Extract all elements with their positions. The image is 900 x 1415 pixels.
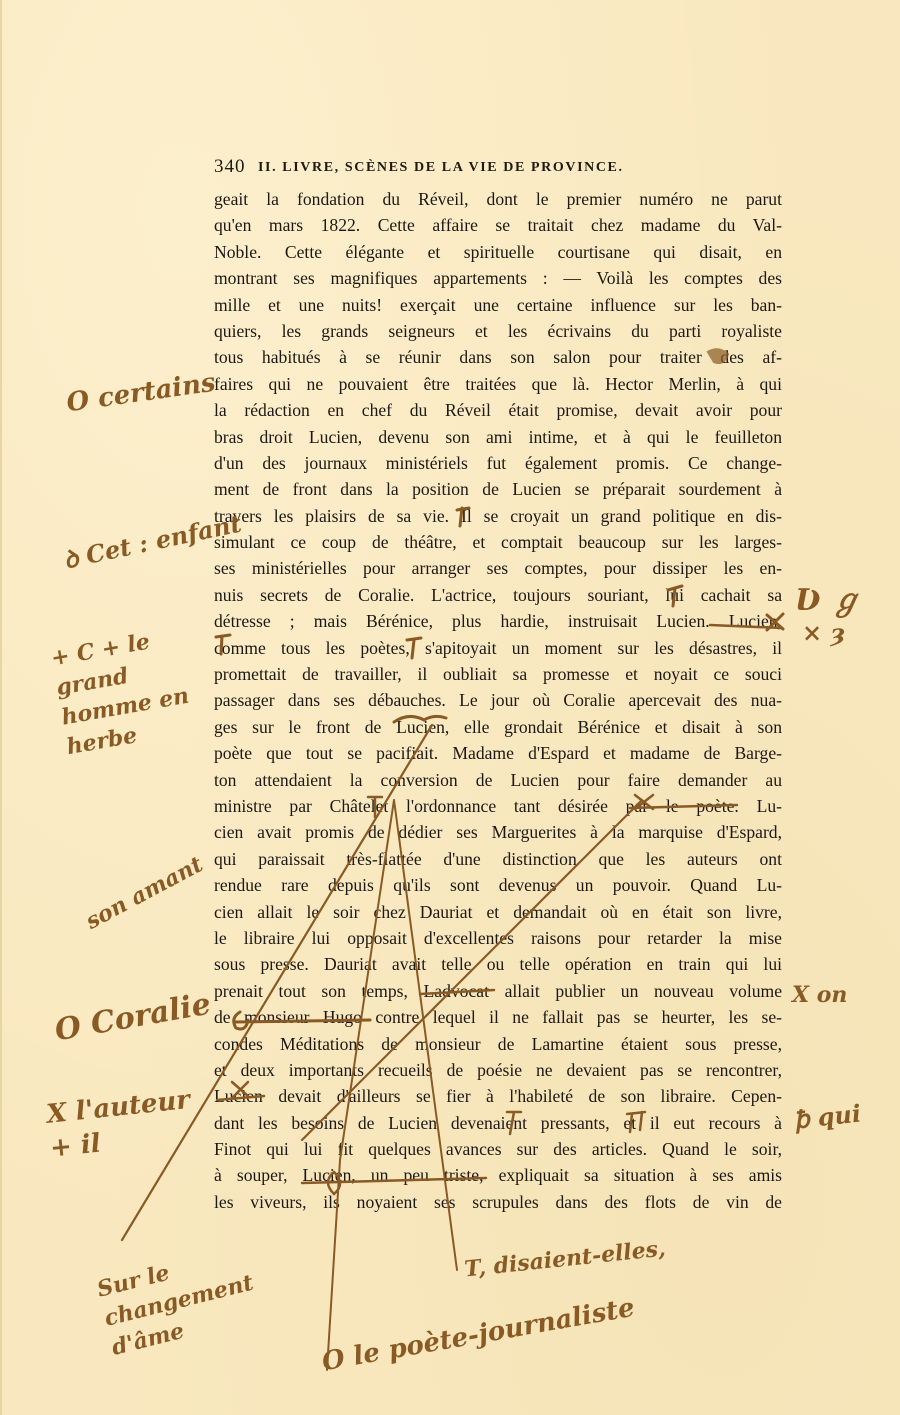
text-line: dant les besoins de Lucien devenaient pr… [214, 1110, 782, 1136]
text-line: de monsieur Hugo contre lequel il ne fal… [214, 1004, 782, 1030]
text-line: promettait de travailler, il oubliait sa… [214, 661, 782, 687]
page-header: 340 II. LIVRE, SCÈNES DE LA VIE DE PROVI… [214, 154, 782, 180]
margin-note-tt-qui: ꝥ qui [793, 1099, 863, 1135]
text-line: nuis secrets de Coralie. L'actrice, touj… [214, 582, 782, 608]
text-line: rendue rare depuis qu'ils sont devenus u… [214, 872, 782, 898]
margin-note-l-auteur: X l'auteur + il [45, 1082, 201, 1165]
text-line: ministre par Châtelet l'ordonnance tant … [214, 793, 782, 819]
text-line: détresse ; mais Bérénice, plus hardie, i… [214, 608, 782, 634]
text-line: ton attendaient la conversion de Lucien … [214, 767, 782, 793]
text-line: quiers, les grands seigneurs et les écri… [214, 318, 782, 344]
text-line: mille et une nuits! exerçait une certain… [214, 292, 782, 318]
margin-note-disaient-elles: T, disaient-elles, [463, 1236, 667, 1283]
text-line: Noble. Cette élégante et spirituelle cou… [214, 239, 782, 265]
margin-note-ug: Ʋ ℊ [794, 575, 861, 619]
text-line: poète que tout se pacifiait. Madame d'Es… [214, 740, 782, 766]
body-text: geait la fondation du Réveil, dont le pr… [214, 186, 782, 1215]
text-line: faires qui ne pouvaient être traitées qu… [214, 371, 782, 397]
text-line: comme tous les poètes, s'apitoyait un mo… [214, 635, 782, 661]
running-head: II. LIVRE, SCÈNES DE LA VIE DE PROVINCE. [258, 160, 624, 176]
margin-note-sur-le-changement: Sur le changement d'âme [94, 1227, 310, 1363]
text-line: et deux importants recueils de poésie ne… [214, 1057, 782, 1083]
proof-page: 340 II. LIVRE, SCÈNES DE LA VIE DE PROVI… [0, 0, 900, 1415]
margin-note-x-y: × ȝ [802, 618, 845, 647]
text-line: cien avait promis de dédier ses Margueri… [214, 819, 782, 845]
text-line: qui paraissait très-flattée d'une distin… [214, 846, 782, 872]
margin-note-son-amant: son amant [81, 851, 207, 934]
margin-note-coralie: O Coralie [52, 987, 213, 1049]
text-line: sous presse. Dauriat avait telle ou tell… [214, 951, 782, 977]
text-line: tous habitués à se réunir dans son salon… [214, 344, 782, 370]
text-line: les viveurs, ils noyaient ses scrupules … [214, 1189, 782, 1215]
text-line: montrant ses magnifiques appartements : … [214, 265, 782, 291]
text-line: ges sur le front de Lucien, elle grondai… [214, 714, 782, 740]
margin-note-certains: O certains [65, 368, 218, 419]
margin-note-le-poete: O le poète-journaliste [320, 1293, 637, 1378]
text-line: prenait tout son temps, Ladvocat allait … [214, 978, 782, 1004]
text-line: condes Méditations de monsieur de Lamart… [214, 1031, 782, 1057]
margin-note-grand-homme: + C + le grand homme en herbe [49, 618, 218, 762]
text-line: ses ministérielles pour arranger ses com… [214, 555, 782, 581]
text-line: simulant ce coup de théâtre, et comptait… [214, 529, 782, 555]
text-line: qu'en mars 1822. Cette affaire se traita… [214, 212, 782, 238]
margin-note-x-on: X on [792, 982, 847, 1008]
text-line: la rédaction en chef du Réveil était pro… [214, 397, 782, 423]
text-line: à souper, Lucien, un peu triste, expliqu… [214, 1162, 782, 1188]
text-line: bras droit Lucien, devenu son ami intime… [214, 424, 782, 450]
text-line: Finot qui lui fit quelques avances sur d… [214, 1136, 782, 1162]
text-line: passager dans ses débauches. Le jour où … [214, 687, 782, 713]
text-line: d'un des journaux ministériels fut égale… [214, 450, 782, 476]
page-number: 340 [214, 156, 246, 178]
text-line: cien allait le soir chez Dauriat et dema… [214, 899, 782, 925]
text-line: ment de front dans la position de Lucien… [214, 476, 782, 502]
text-line: travers les plaisirs de sa vie. Il se cr… [214, 503, 782, 529]
text-line: Lucien devait d'ailleurs se fier à l'hab… [214, 1083, 782, 1109]
text-line: geait la fondation du Réveil, dont le pr… [214, 186, 782, 212]
text-line: le libraire lui opposait d'excellentes r… [214, 925, 782, 951]
